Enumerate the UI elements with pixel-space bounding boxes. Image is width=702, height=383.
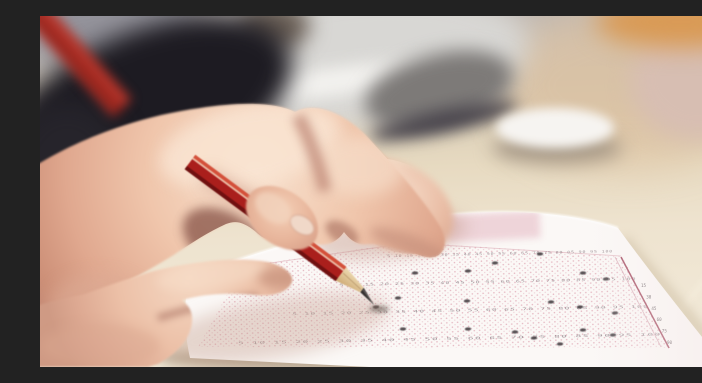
pencil-tip-shadow (369, 306, 389, 312)
photo: A close-up photo of a hand holding a red… (40, 16, 702, 367)
pencil-back-end (40, 16, 132, 117)
hand-and-pencil (40, 16, 702, 367)
